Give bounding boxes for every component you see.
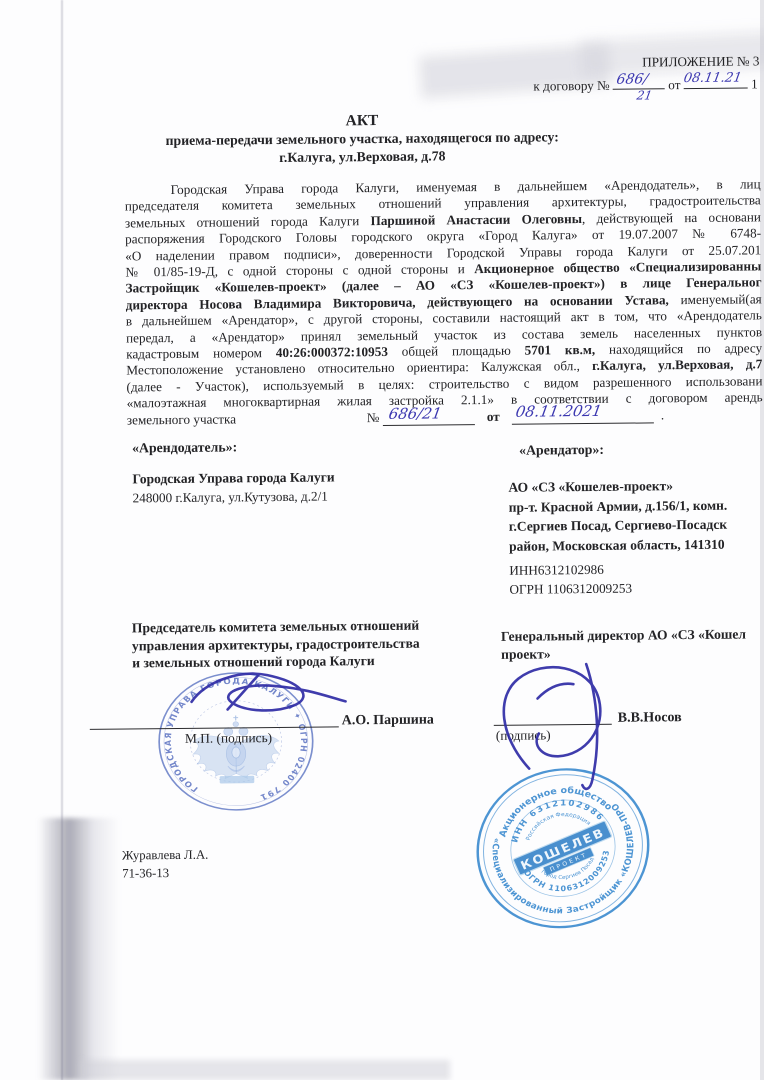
executor-note: Журавлева Л.А. 71-36-13 bbox=[122, 846, 209, 883]
ink-signatures-layer bbox=[0, 0, 764, 1080]
executor-name: Журавлева Л.А. bbox=[122, 846, 209, 865]
landlord-signature-ink bbox=[191, 673, 345, 711]
tenant-signature-ink bbox=[503, 664, 601, 790]
scanned-document-page: ПРИЛОЖЕНИЕ № 3 к договору № 686/ 21 от 0… bbox=[0, 0, 764, 1080]
executor-phone: 71-36-13 bbox=[122, 864, 209, 883]
